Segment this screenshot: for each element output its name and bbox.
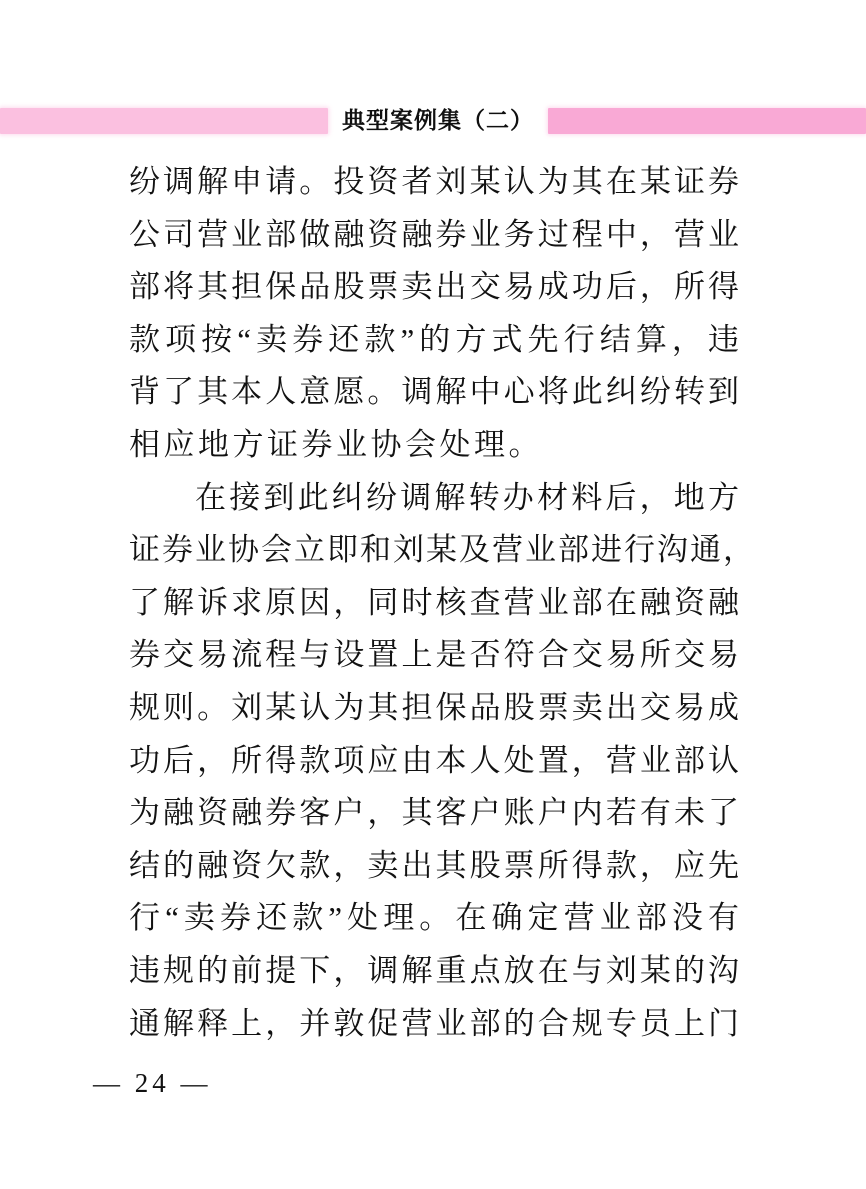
text-line: 违规的前提下，调解重点放在与刘某的沟 [129, 945, 741, 998]
page-header: 典型案例集（二） [0, 107, 866, 134]
text-line: 行“卖券还款”处理。在确定营业部没有 [129, 892, 741, 945]
text-line: 背了其本人意愿。调解中心将此纠纷转到 [129, 366, 741, 419]
document-page: 典型案例集（二） 纷调解申请。投资者刘某认为其在某证券公司营业部做融资融券业务过… [0, 0, 866, 1189]
header-band-left [0, 108, 328, 134]
text-line: 了解诉求原因，同时核查营业部在融资融 [129, 577, 741, 630]
text-line: 款项按“卖券还款”的方式先行结算，违 [129, 314, 741, 367]
text-line: 部将其担保品股票卖出交易成功后，所得 [129, 261, 741, 314]
text-line: 为融资融券客户，其客户账户内若有未了 [129, 787, 741, 840]
text-line: 证券业协会立即和刘某及营业部进行沟通， [129, 524, 741, 577]
paragraph-1: 纷调解申请。投资者刘某认为其在某证券公司营业部做融资融券业务过程中，营业部将其担… [129, 156, 741, 472]
text-line: 规则。刘某认为其担保品股票卖出交易成 [129, 682, 741, 735]
running-head-title: 典型案例集（二） [328, 107, 548, 134]
body-text: 纷调解申请。投资者刘某认为其在某证券公司营业部做融资融券业务过程中，营业部将其担… [129, 156, 741, 1050]
paragraph-2: 在接到此纠纷调解转办材料后，地方证券业协会立即和刘某及营业部进行沟通，了解诉求原… [129, 472, 741, 1051]
text-line: 功后，所得款项应由本人处置，营业部认 [129, 735, 741, 788]
text-line: 纷调解申请。投资者刘某认为其在某证券 [129, 156, 741, 209]
text-line: 公司营业部做融资融券业务过程中，营业 [129, 209, 741, 262]
page-number: — 24 — [93, 1068, 212, 1098]
text-line: 券交易流程与设置上是否符合交易所交易 [129, 629, 741, 682]
page-footer: — 24 — [93, 1068, 212, 1099]
text-line: 在接到此纠纷调解转办材料后，地方 [129, 472, 741, 525]
header-band-right [548, 108, 866, 134]
text-line: 相应地方证券业协会处理。 [129, 419, 741, 472]
text-line: 通解释上，并敦促营业部的合规专员上门 [129, 998, 741, 1051]
text-line: 结的融资欠款，卖出其股票所得款，应先 [129, 840, 741, 893]
